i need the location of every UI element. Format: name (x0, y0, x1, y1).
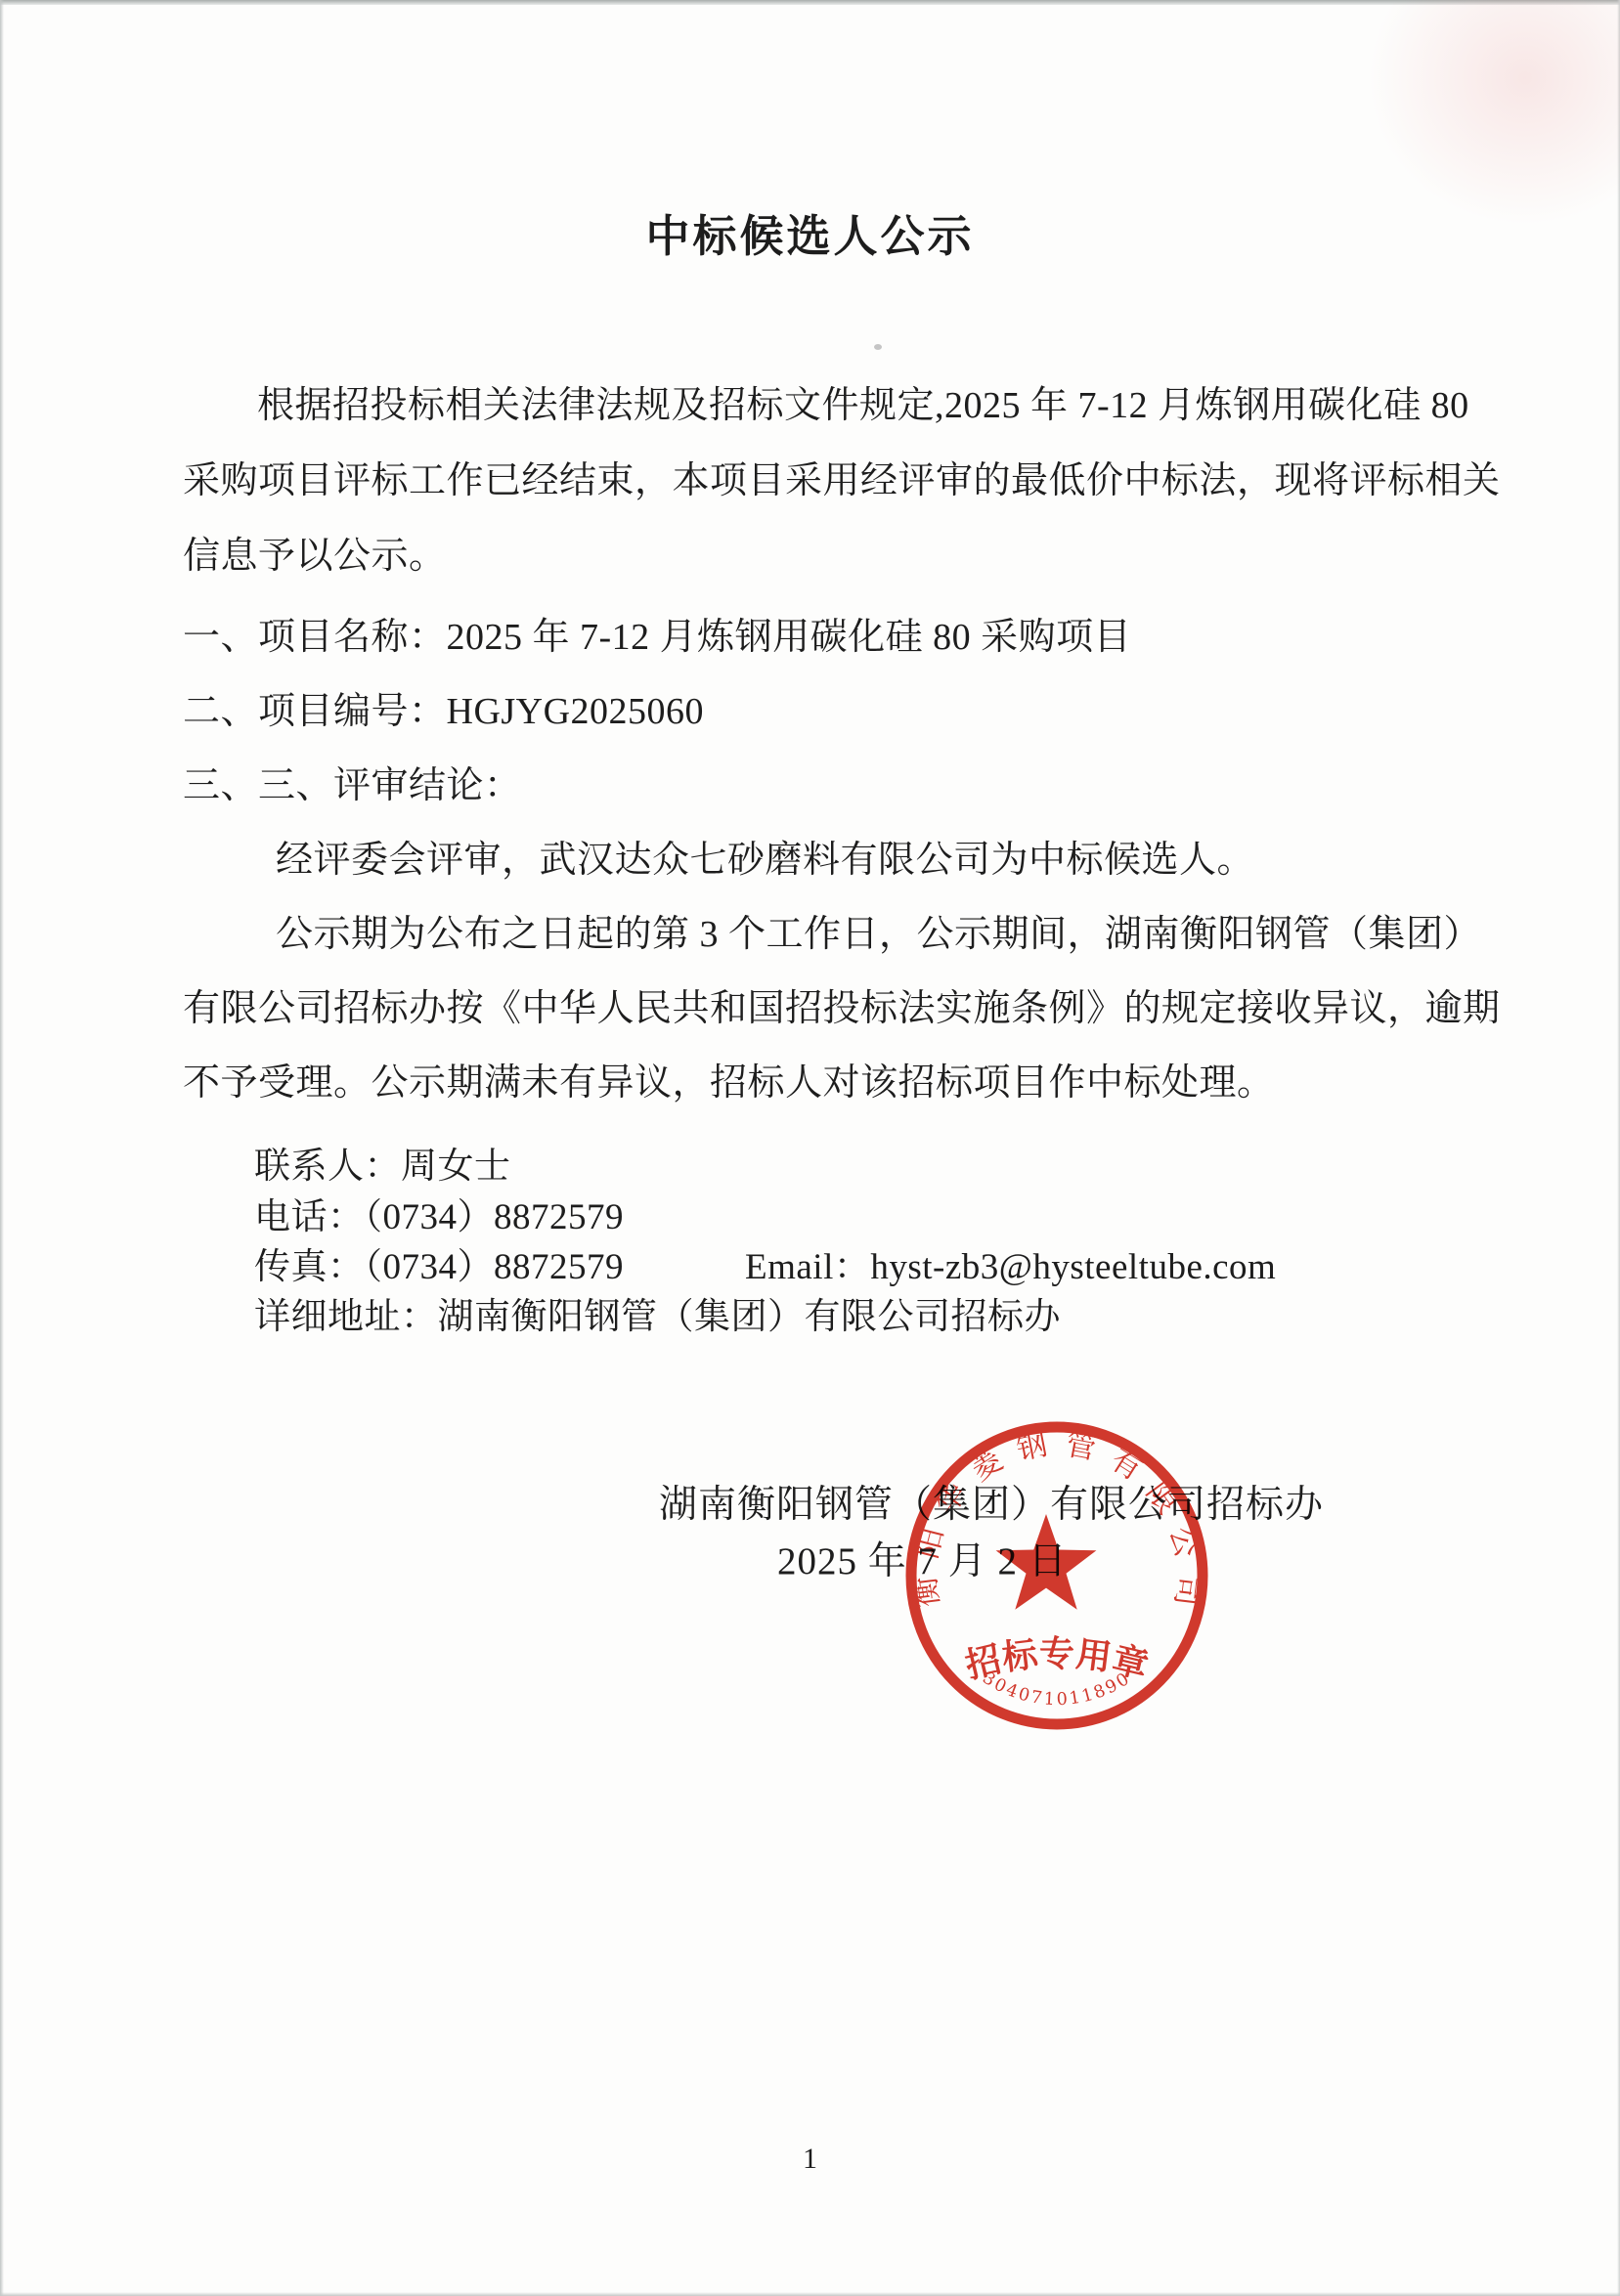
contact-fax: 传真：（0734）8872579 (254, 1247, 624, 1287)
contact-address: 详细地址：湖南衡阳钢管（集团）有限公司招标办 (254, 1286, 1525, 1339)
seal-star-icon (996, 1514, 1097, 1610)
contact-person: 联系人：周女士 (254, 1136, 1525, 1189)
scan-edge-bottom (0, 2292, 1620, 2296)
body-line-2: 采购项目评标工作已经结束，本项目采用经评审的最低价中标法，现将评标相关 (183, 450, 1503, 503)
body-line-8: 公示期为公布之日起的第 3 个工作日，公示期间，湖南衡阳钢管（集团） (183, 903, 1503, 957)
body-line-1: 根据招投标相关法律法规及招标文件规定,2025 年 7-12 月炼钢用碳化硅 8… (183, 374, 1503, 428)
contact-email: Email：hyst-zb3@hysteeltube.com (745, 1236, 1276, 1289)
body-line-3: 信息予以公示。 (183, 525, 1503, 579)
scan-speck (874, 344, 882, 350)
scan-edge-top (0, 0, 1620, 5)
official-seal: 衡阳华菱钢管有限公司 招标专用章 43040710118902 (899, 1418, 1214, 1733)
faint-stamp-smudge (1369, 0, 1620, 225)
scanned-document-page: 中标候选人公示 根据招投标相关法律法规及招标文件规定,2025 年 7-12 月… (0, 0, 1620, 2296)
contact-fax-email-row: 传真：（0734）8872579 Email：hyst-zb3@hysteelt… (254, 1236, 1525, 1289)
scan-edge-left (0, 0, 4, 2296)
page-title: 中标候选人公示 (0, 200, 1620, 264)
body-line-10: 不予受理。公示期满未有异议，招标人对该招标项目作中标处理。 (183, 1052, 1503, 1105)
contact-phone: 电话：（0734）8872579 (254, 1187, 1525, 1239)
item-project-number: 二、项目编号：HGJYG2025060 (183, 680, 1503, 734)
page-number: 1 (0, 2143, 1620, 2176)
item-project-name: 一、项目名称：2025 年 7-12 月炼钢用碳化硅 80 采购项目 (183, 606, 1503, 660)
body-line-7: 经评委会评审，武汉达众七砂磨料有限公司为中标候选人。 (183, 829, 1503, 883)
item-review-conclusion-heading: 三、三、评审结论： (183, 755, 1503, 808)
body-line-9: 有限公司招标办按《中华人民共和国招投标法实施条例》的规定接收异议，逾期 (183, 977, 1503, 1031)
